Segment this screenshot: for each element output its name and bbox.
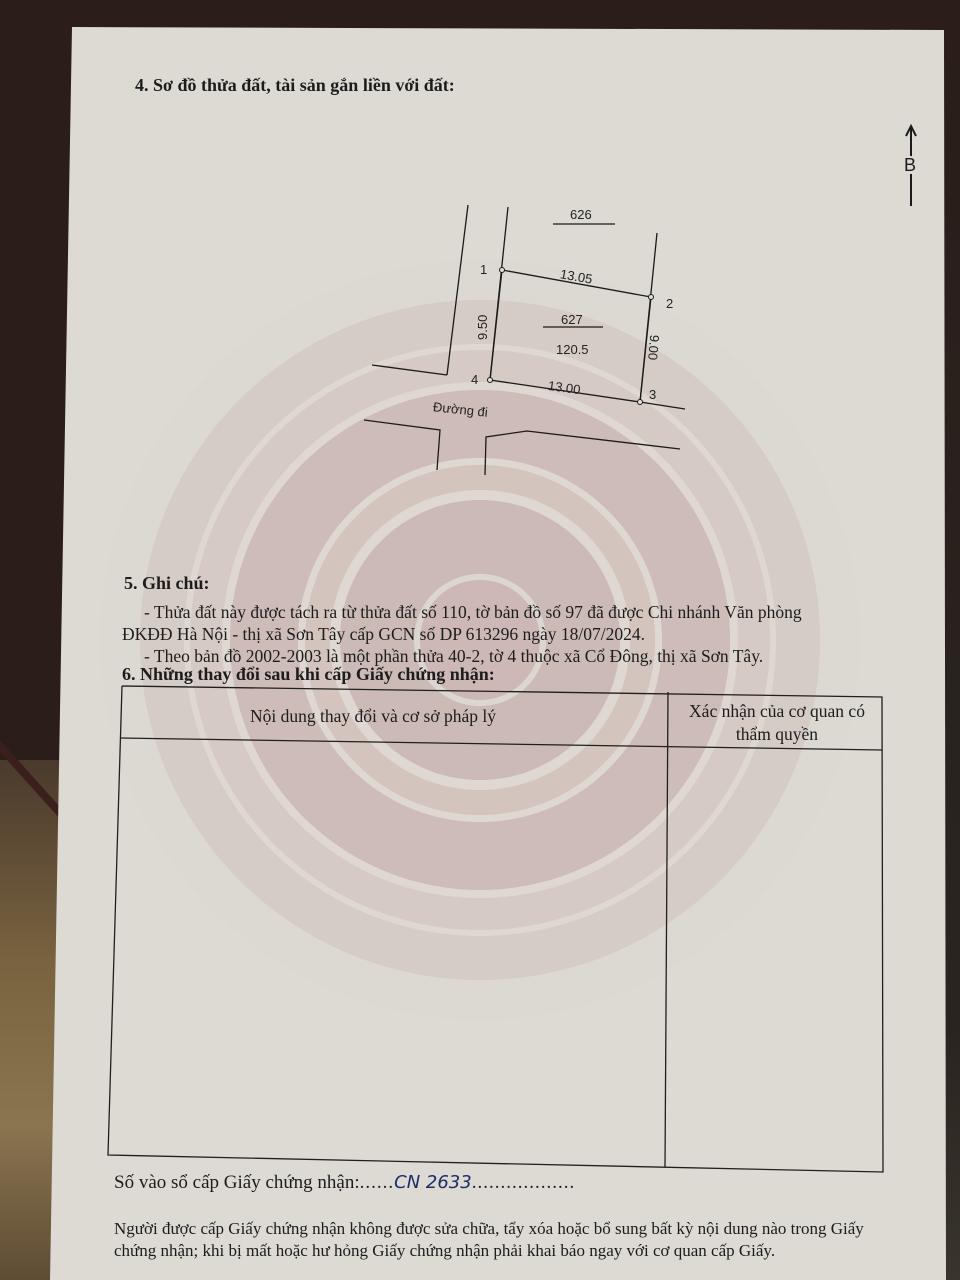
registry-value: CN 2633 [394,1172,472,1193]
column-header-confirmation: Xác nhận của cơ quan có thẩm quyền [672,700,882,746]
changes-table [0,0,960,1280]
registry-label: Số vào sổ cấp Giấy chứng nhận: [114,1172,360,1193]
registry-number-line: Số vào sổ cấp Giấy chứng nhận:......CN 2… [114,1172,575,1194]
column-header-content: Nội dung thay đổi và cơ sở pháp lý [250,706,496,727]
warning-text: Người được cấp Giấy chứng nhận không đượ… [114,1218,894,1262]
certificate-page: 4. Sơ đồ thửa đất, tài sản gắn liền với … [0,0,960,1280]
